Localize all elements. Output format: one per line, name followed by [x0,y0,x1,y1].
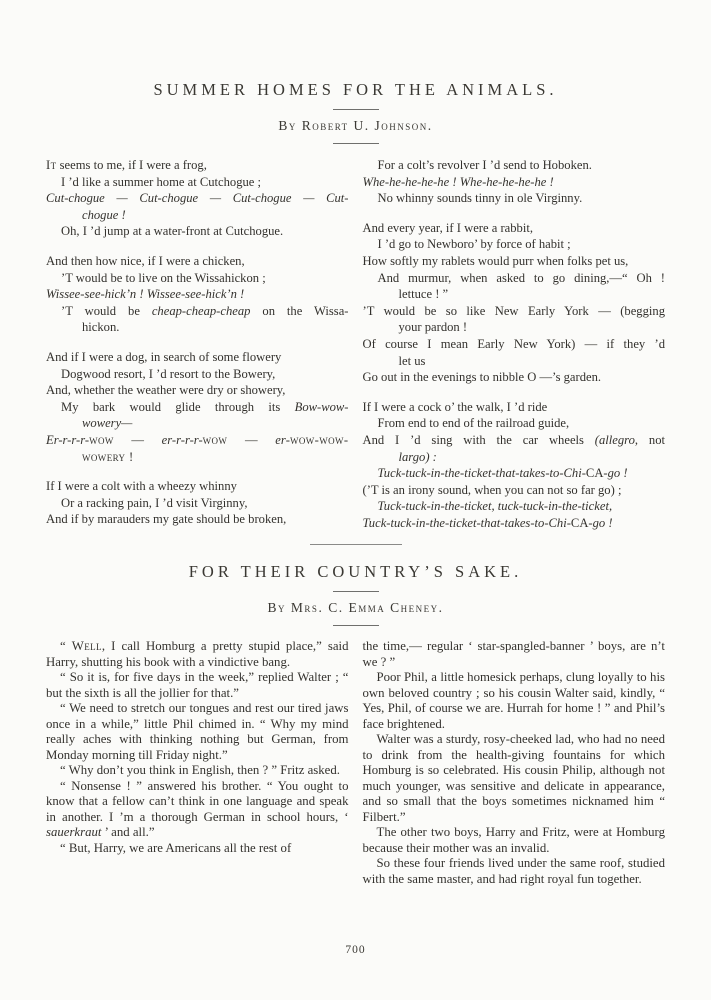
text-segment: No whinny sounds tinny in ole Virginny. [378,191,583,205]
poem-line: Of course I mean Early New York) — if th… [363,336,666,353]
text-segment: Bow-wow- [295,400,349,414]
poem-line: If I were a colt with a wheezy whinny [46,478,349,495]
text-segment: Oh, I ’d jump at a water-front at Cutcho… [61,224,283,238]
poem-line: hickon. [46,319,349,336]
prose-columns: “ Well, I call Homburg a pretty stupid p… [46,639,665,887]
text-segment: “ Nonsense ! ” answered his brother. “ Y… [46,779,349,824]
poem-line: And every year, if I were a rabbit, [363,220,666,237]
text-segment: Wissee-see-hick’n ! Wissee-see-hick’n ! [46,287,244,301]
prose-paragraph: Walter was a sturdy, rosy-cheeked lad, w… [363,732,666,825]
text-segment: , not [635,433,665,447]
text-segment: ’ and all.” [101,825,154,839]
text-segment: Whe-he-he-he-he ! Whe-he-he-he-he ! [363,175,554,189]
poem-line: wowery— [46,415,349,432]
text-segment: (’T is an irony sound, when you can not … [363,483,622,497]
prose-paragraph: Poor Phil, a little homesick perhaps, cl… [363,670,666,732]
poem-line: From end to end of the railroad guide, [363,415,666,432]
byline-rule-top-1 [333,109,379,110]
article1-byline: By Robert U. Johnson. [46,118,665,134]
poem-line: Go out in the evenings to nibble O —’s g… [363,369,666,386]
poem-line: ’T would be cheap-cheap-cheap on the Wis… [46,303,349,320]
poem-line: And, whether the weather were dry or sho… [46,382,349,399]
byline-rule-bottom-2 [333,625,379,626]
prose-paragraph: “ So it is, for five days in the week,” … [46,670,349,701]
text-segment: wowery ! [82,450,134,464]
text-segment: hickon. [82,320,119,334]
text-segment: Cut-chogue — Cut-chogue — Cut-chogue — C… [46,191,349,205]
text-segment: seems to me, if I were a frog, [57,158,207,172]
poem-line: Cut-chogue — Cut-chogue — Cut-chogue — C… [46,190,349,207]
article1-header: SUMMER HOMES FOR THE ANIMALS. By Robert … [46,80,665,144]
text-segment: For a colt’s revolver I ’d send to Hobok… [378,158,592,172]
text-segment: cheap-cheap-cheap [152,304,251,318]
prose-paragraph: The other two boys, Harry and Fritz, wer… [363,825,666,856]
poem-column-right: For a colt’s revolver I ’d send to Hobok… [363,157,666,531]
poem-line: No whinny sounds tinny in ole Virginny. [363,190,666,207]
poem-line: Tuck-tuck-in-the-ticket-that-takes-to-Ch… [363,465,666,482]
poem-column-left: It seems to me, if I were a frog,I ’d li… [46,157,349,531]
text-segment: How softly my rablets would purr when fo… [363,254,629,268]
poem-line: And murmur, when asked to go dining,—“ O… [363,270,666,287]
text-segment: And if by marauders my gate should be br… [46,512,286,526]
text-segment: Of course I mean Early New York) — if th… [363,337,666,351]
poem-line: your pardon ! [363,319,666,336]
poem-line: Tuck-tuck-in-the-ticket-that-takes-to-Ch… [363,515,666,532]
poem-line: lettuce ! ” [363,286,666,303]
poem-line: If I were a cock o’ the walk, I ’d ride [363,399,666,416]
article-divider-rule [310,544,402,545]
poem-line: For a colt’s revolver I ’d send to Hobok… [363,157,666,174]
text-segment: I ’d go to Newboro’ by force of habit ; [378,237,571,251]
poem-line: Wissee-see-hick’n ! Wissee-see-hick’n ! [46,286,349,303]
text-segment: CA [586,466,604,480]
magazine-page: SUMMER HOMES FOR THE ANIMALS. By Robert … [0,0,711,1000]
prose-paragraph: “ But, Harry, we are Americans all the r… [46,841,349,857]
text-segment: So these four friends lived under the sa… [363,856,666,886]
text-segment: My bark would glide through its [61,400,295,414]
text-segment: Or a racking pain, I ’d visit Virginny, [61,496,247,510]
poem-line: How softly my rablets would purr when fo… [363,253,666,270]
text-segment: on the Wissa- [250,304,348,318]
text-segment: And then how nice, if I were a chicken, [46,254,245,268]
text-segment: wowery— [82,416,132,430]
text-segment: If I were a cock o’ the walk, I ’d ride [363,400,548,414]
text-segment: ’T would be [61,304,152,318]
text-segment: “ [60,639,72,653]
text-segment: er-r-r-r- [162,433,203,447]
article2-header: FOR THEIR COUNTRY’S SAKE. By Mrs. C. Emm… [46,562,665,626]
text-segment: CA [571,516,589,530]
text-segment: “ Why don’t you think in English, then ?… [60,763,340,777]
poem-line: And then how nice, if I were a chicken, [46,253,349,270]
prose-paragraph: the time,— regular ‘ star-spangled-banne… [363,639,666,670]
text-segment: Tuck-tuck-in-the-ticket, tuck-tuck-in-th… [378,499,613,513]
text-segment: If I were a colt with a wheezy whinny [46,479,237,493]
text-segment: “ But, Harry, we are Americans all the r… [60,841,291,855]
byline-rule-bottom-1 [333,143,379,144]
text-segment: (allegro [595,433,635,447]
prose-column-left: “ Well, I call Homburg a pretty stupid p… [46,639,349,887]
article1-title: SUMMER HOMES FOR THE ANIMALS. [46,80,665,100]
poem-line: wowery ! [46,449,349,466]
poem-line: Dogwood resort, I ’d resort to the Bower… [46,366,349,383]
poem-line: Whe-he-he-he-he ! Whe-he-he-he-he ! [363,174,666,191]
poem-line: let us [363,353,666,370]
text-segment: chogue ! [82,208,126,222]
poem-line: ’T would be so like New Early York — (be… [363,303,666,320]
text-segment: The other two boys, Harry and Fritz, wer… [363,825,666,855]
prose-paragraph: “ Well, I call Homburg a pretty stupid p… [46,639,349,670]
text-segment: “ So it is, for five days in the week,” … [46,670,349,700]
text-segment: ’T would be to live on the Wissahickon ; [61,271,266,285]
prose-column-right: the time,— regular ‘ star-spangled-banne… [363,639,666,887]
poem-line: I ’d like a summer home at Cutchogue ; [46,174,349,191]
text-segment: From end to end of the railroad guide, [378,416,570,430]
poem-line: My bark would glide through its Bow-wow- [46,399,349,416]
poem-columns: It seems to me, if I were a frog,I ’d li… [46,157,665,531]
prose-paragraph: “ Why don’t you think in English, then ?… [46,763,349,779]
text-segment: lettuce ! ” [399,287,449,301]
text-segment: -go ! [588,516,612,530]
poem-line: I ’d go to Newboro’ by force of habit ; [363,236,666,253]
text-segment: — [114,433,162,447]
text-segment: the time,— regular ‘ star-spangled-banne… [363,639,666,669]
text-segment: Er-r-r-r- [46,433,89,447]
article2-byline: By Mrs. C. Emma Cheney. [46,600,665,616]
text-segment: wow-wow- [290,433,349,447]
text-segment: And I ’d sing with the car wheels [363,433,595,447]
text-segment: let us [399,354,426,368]
text-segment: wow [203,433,228,447]
text-segment: It [46,158,57,172]
poem-line: (’T is an irony sound, when you can not … [363,482,666,499]
prose-paragraph: So these four friends lived under the sa… [363,856,666,887]
poem-line: ’T would be to live on the Wissahickon ; [46,270,349,287]
text-segment: Walter was a sturdy, rosy-cheeked lad, w… [363,732,666,824]
text-segment: I ’d like a summer home at Cutchogue ; [61,175,261,189]
prose-paragraph: “ We need to stretch our tongues and res… [46,701,349,763]
poem-line: And if I were a dog, in search of some f… [46,349,349,366]
text-segment: “ We need to stretch our tongues and res… [46,701,349,762]
prose-paragraph: “ Nonsense ! ” answered his brother. “ Y… [46,779,349,841]
poem-line: And I ’d sing with the car wheels (alleg… [363,432,666,449]
text-segment: Tuck-tuck-in-the-ticket-that-takes-to-Ch… [378,466,586,480]
text-segment: er [275,433,286,447]
text-segment: And, whether the weather were dry or sho… [46,383,285,397]
text-segment: Tuck-tuck-in-the-ticket-that-takes-to-Ch… [363,516,571,530]
text-segment: Dogwood resort, I ’d resort to the Bower… [61,367,275,381]
byline-rule-top-2 [333,591,379,592]
text-segment: And murmur, when asked to go dining,—“ O… [378,271,666,285]
article2-title: FOR THEIR COUNTRY’S SAKE. [46,562,665,582]
text-segment: your pardon ! [399,320,468,334]
poem-line: chogue ! [46,207,349,224]
poem-line: Er-r-r-r-wow — er-r-r-r-wow — er-wow-wow… [46,432,349,449]
poem-line: Tuck-tuck-in-the-ticket, tuck-tuck-in-th… [363,498,666,515]
text-segment: And every year, if I were a rabbit, [363,221,533,235]
text-segment: Go out in the evenings to nibble O —’s g… [363,370,602,384]
poem-line: Or a racking pain, I ’d visit Virginny, [46,495,349,512]
poem-line: largo) : [363,449,666,466]
text-segment: Poor Phil, a little homesick perhaps, cl… [363,670,666,731]
text-segment: And if I were a dog, in search of some f… [46,350,281,364]
text-segment: wow [89,433,114,447]
poem-line: And if by marauders my gate should be br… [46,511,349,528]
text-segment: Well [72,639,102,653]
poem-line: Oh, I ’d jump at a water-front at Cutcho… [46,223,349,240]
text-segment: ’T would be so like New Early York — (be… [363,304,666,318]
text-segment: largo) : [399,450,437,464]
poem-line: It seems to me, if I were a frog, [46,157,349,174]
text-segment: — [227,433,275,447]
text-segment: -go ! [603,466,627,480]
text-segment: sauerkraut [46,825,101,839]
page-number: 700 [0,944,711,956]
article2: FOR THEIR COUNTRY’S SAKE. By Mrs. C. Emm… [46,562,665,887]
